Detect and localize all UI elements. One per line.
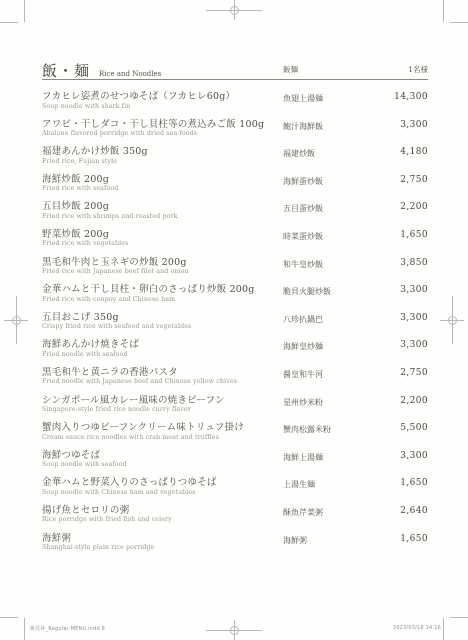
item-name-chinese: 海鮮蛋炒飯 (283, 176, 323, 187)
item-price: 4,180 (400, 147, 428, 157)
item-name-chinese: 海鮮粥 (283, 535, 307, 546)
item-price: 2,750 (400, 175, 428, 185)
item-description-english: Soup noodle with shark fin (42, 103, 428, 111)
item-price: 5,500 (400, 423, 428, 433)
item-description-english: Fried rice with Japanese beef filet and … (42, 268, 428, 276)
menu-item-row: 海鮮つゆそば Soup noodle with seafood 海鮮上湯麺 3,… (42, 450, 428, 478)
item-name-japanese: 金華ハムと野菜入りのさっぱりつゆそば (42, 477, 428, 489)
item-price: 3,850 (400, 258, 428, 268)
item-name-japanese: 海鮮粥 (42, 533, 428, 545)
item-name-chinese: 海鮮上湯麺 (283, 452, 323, 463)
menu-item-row: 五目おこげ 350g Crispy fried rice with seafoo… (42, 312, 428, 340)
item-price: 1,650 (400, 534, 428, 544)
menu-item-row: アワビ・干しダコ・干し貝柱等の煮込みご飯 100g Abalone flavor… (42, 119, 428, 147)
item-price: 3,300 (400, 285, 428, 295)
item-name-japanese: 海鮮つゆそば (42, 450, 428, 462)
menu-item-row: 野菜炒飯 200g Fried rice with vegetables 時菜蛋… (42, 229, 428, 257)
item-description-english: Crispy fried rice with seafood and veget… (42, 323, 428, 331)
item-name-japanese: 海鮮炒飯 200g (42, 174, 428, 186)
menu-content: 飯・麺Rice and Noodles 飯麺 1名様 フカヒレ姿煮のせつゆそば（… (42, 60, 428, 560)
item-name-japanese: 野菜炒飯 200g (42, 229, 428, 241)
item-price: 3,300 (400, 451, 428, 461)
item-price: 1,650 (400, 230, 428, 240)
item-description-english: Fried rice with shrimps and roasted pork (42, 213, 428, 221)
item-name-japanese: 海鮮あんかけ焼きそば (42, 339, 428, 351)
item-description-english: Fried rice with conpoy and Chinese ham (42, 296, 428, 304)
item-description-english: Cream sauce rice noodles with crab meat … (42, 434, 428, 442)
menu-item-row: 黒毛和牛肉と玉ネギの炒飯 200g Fried rice with Japane… (42, 257, 428, 285)
menu-page: 飯・麺Rice and Noodles 飯麺 1名様 フカヒレ姿煮のせつゆそば（… (0, 0, 468, 640)
item-description-english: Rice porridge with fried fish and celery (42, 516, 428, 524)
column-header-price: 1名様 (408, 64, 428, 75)
item-name-japanese: 福建あんかけ炒飯 350g (42, 146, 428, 158)
menu-item-row: 金華ハムと干し貝柱・卵白のさっぱり炒飯 200g Fried rice with… (42, 284, 428, 312)
item-name-chinese: 魚翅上湯麺 (283, 93, 323, 104)
item-name-chinese: 海鮮皇炒麺 (283, 341, 323, 352)
item-price: 2,200 (400, 202, 428, 212)
item-description-english: Fried rice, Fujian style (42, 158, 428, 166)
item-name-chinese: 時菜蛋炒飯 (283, 231, 323, 242)
menu-item-row: 蟹肉入りつゆビーフンクリーム味トリュフ掛け Cream sauce rice n… (42, 422, 428, 450)
item-name-japanese: シンガポール風カレー風味の焼きビーフン (42, 395, 428, 407)
item-name-chinese: 和牛皇炒飯 (283, 259, 323, 270)
item-price: 2,640 (400, 506, 428, 516)
item-name-japanese: フカヒレ姿煮のせつゆそば（フカヒレ60g） (42, 91, 428, 103)
item-name-chinese: 上湯生麺 (283, 479, 315, 490)
menu-item-row: 五目炒飯 200g Fried rice with shrimps and ro… (42, 201, 428, 229)
menu-item-row: シンガポール風カレー風味の焼きビーフン Singapore-style frie… (42, 395, 428, 423)
menu-item-row: 黒毛和牛と黄ニラの香港パスタ Fried noodle with Japanes… (42, 367, 428, 395)
item-name-chinese: 八珍扒鍋巴 (283, 314, 323, 325)
item-name-japanese: 蟹肉入りつゆビーフンクリーム味トリュフ掛け (42, 422, 428, 434)
item-name-chinese: 鮑汁海鮮飯 (283, 121, 323, 132)
item-description-english: Fried rice with vegetables (42, 240, 428, 248)
item-name-japanese: 黒毛和牛肉と玉ネギの炒飯 200g (42, 257, 428, 269)
menu-item-row: 金華ハムと野菜入りのさっぱりつゆそば Soup noodle with Chin… (42, 477, 428, 505)
section-title-japanese: 飯・麺 (42, 62, 90, 80)
item-description-english: Abalone flavored porridge with dried sea… (42, 130, 428, 138)
item-name-japanese: 黒毛和牛と黄ニラの香港パスタ (42, 367, 428, 379)
item-description-english: Fried noodle with Japanese beef and Chin… (42, 378, 428, 386)
item-price: 3,300 (400, 340, 428, 350)
item-description-english: Soup noodle with Chinese ham and vegetab… (42, 489, 428, 497)
menu-item-row: 海鮮粥 Shanghai-style plain rice porridge 海… (42, 533, 428, 561)
item-name-japanese: 揚げ魚とセロリの粥 (42, 505, 428, 517)
item-name-chinese: 蟹肉松露米粉 (283, 424, 331, 435)
item-name-chinese: 福建炒飯 (283, 148, 315, 159)
section-title-english: Rice and Noodles (99, 70, 161, 78)
item-name-chinese: 醤皇和牛河 (283, 369, 323, 380)
menu-item-row: 福建あんかけ炒飯 350g Fried rice, Fujian style 福… (42, 146, 428, 174)
menu-item-row: 揚げ魚とセロリの粥 Rice porridge with fried fish … (42, 505, 428, 533)
item-price: 3,300 (400, 313, 428, 323)
item-name-japanese: 金華ハムと干し貝柱・卵白のさっぱり炒飯 200g (42, 284, 428, 296)
item-name-japanese: 五目おこげ 350g (42, 312, 428, 324)
item-name-japanese: 五目炒飯 200g (42, 201, 428, 213)
item-description-english: Fried noodle with seafood (42, 351, 428, 359)
column-header-chinese: 飯麺 (283, 64, 298, 75)
item-name-japanese: アワビ・干しダコ・干し貝柱等の煮込みご飯 100g (42, 119, 428, 131)
menu-item-row: 海鮮炒飯 200g Fried rice with seafood 海鮮蛋炒飯 … (42, 174, 428, 202)
menu-header: 飯・麺Rice and Noodles 飯麺 1名様 (42, 60, 428, 80)
item-price: 1,650 (400, 478, 428, 488)
item-price: 2,750 (400, 368, 428, 378)
item-name-chinese: 酥魚芹菜粥 (283, 507, 323, 518)
item-description-english: Shanghai-style plain rice porridge (42, 544, 428, 552)
menu-item-row: 海鮮あんかけ焼きそば Fried noodle with seafood 海鮮皇… (42, 339, 428, 367)
item-name-chinese: 五目蛋炒飯 (283, 203, 323, 214)
item-price: 3,300 (400, 120, 428, 130)
item-name-chinese: 脆貝火腿炒飯 (283, 286, 331, 297)
menu-list: フカヒレ姿煮のせつゆそば（フカヒレ60g） Soup noodle with s… (42, 91, 428, 560)
footer-timestamp: 2023/03/18 14:16 (393, 625, 441, 631)
item-description-english: Soup noodle with seafood (42, 461, 428, 469)
item-price: 14,300 (394, 92, 428, 102)
menu-item-row: フカヒレ姿煮のせつゆそば（フカヒレ60g） Soup noodle with s… (42, 91, 428, 119)
footer-file-name: 桃花林_Regular MENU.indd 6 (30, 625, 105, 632)
item-description-english: Singapore-style fried rice noodle curry … (42, 406, 428, 414)
item-description-english: Fried rice with seafood (42, 185, 428, 193)
item-name-chinese: 星州炒米粉 (283, 397, 323, 408)
item-price: 2,200 (400, 396, 428, 406)
